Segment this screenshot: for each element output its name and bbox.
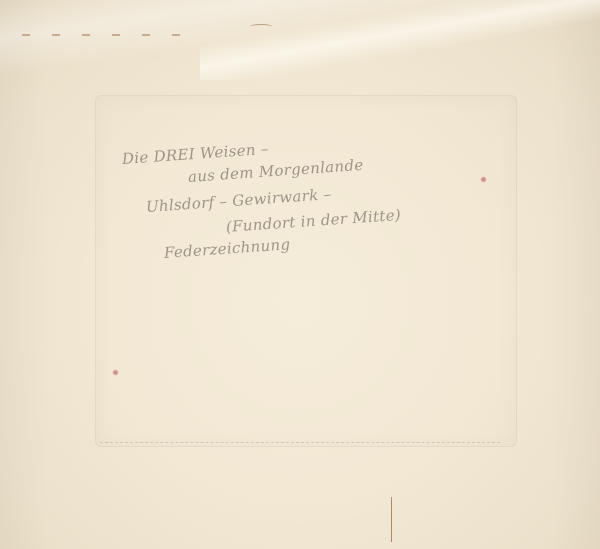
bottom-vertical-mark xyxy=(391,497,392,542)
red-spot xyxy=(481,177,486,182)
surface-tear-mark xyxy=(250,24,272,29)
paper-sheet: Die DREI Weisen – aus dem Morgenlande Uh… xyxy=(0,0,600,549)
red-spot xyxy=(113,370,118,375)
top-dash-marks xyxy=(22,34,192,36)
bottom-ghost-strokes xyxy=(100,442,500,473)
fold-crease xyxy=(200,0,600,80)
